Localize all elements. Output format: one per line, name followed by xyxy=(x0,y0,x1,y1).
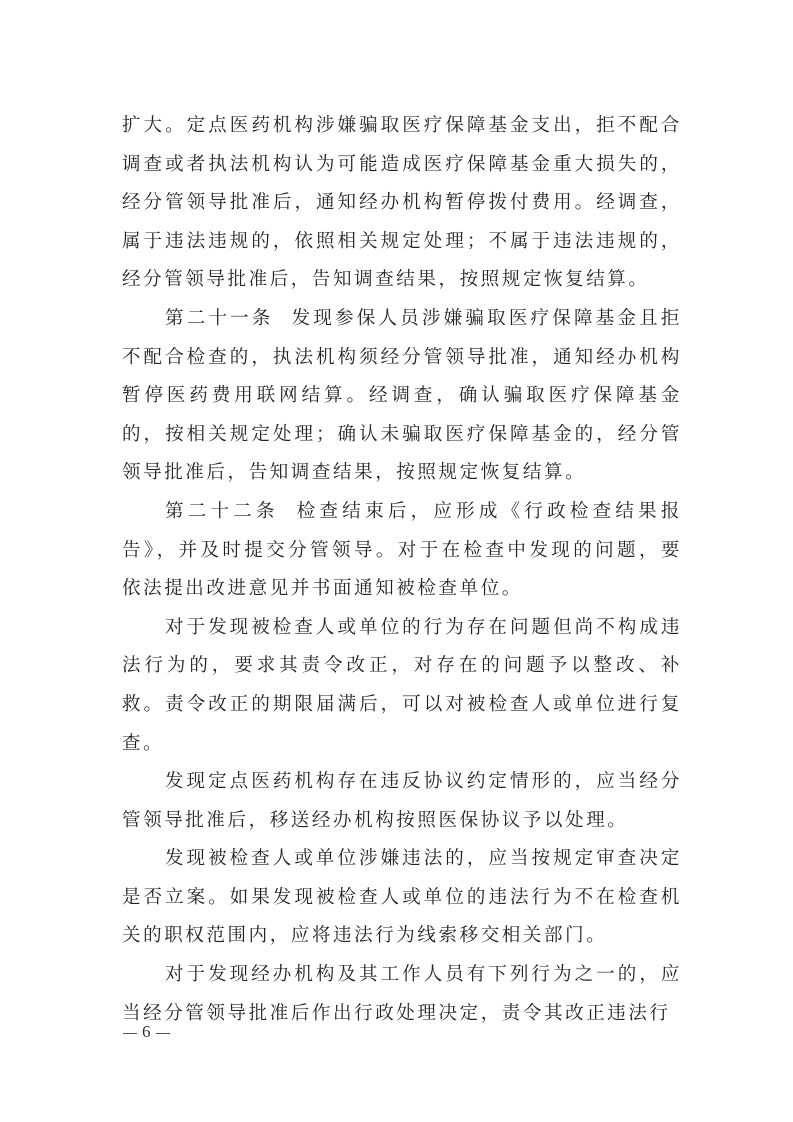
paragraph: 发现定点医药机构存在违反协议约定情形的，应当经分管领导批准后，移送经办机构按照医… xyxy=(122,763,682,840)
article-22-paragraph: 第二十二条检查结束后，应形成《行政检查结果报告》，并及时提交分管领导。对于在检查… xyxy=(122,493,682,609)
footer-dash-left xyxy=(123,1033,137,1034)
page-footer: 6 xyxy=(118,1022,175,1042)
page-number: 6 xyxy=(142,1022,151,1041)
paragraph: 对于发现经办机构及其工作人员有下列行为之一的，应当经分管领导批准后作出行政处理决… xyxy=(122,956,682,1033)
paragraph: 对于发现被检查人或单位的行为存在问题但尚不构成违法行为的，要求其责令改正，对存在… xyxy=(122,609,682,763)
paragraph-continuation: 扩大。定点医药机构涉嫌骗取医疗保障基金支出，拒不配合调查或者执法机构认为可能造成… xyxy=(122,107,682,300)
paragraph-text: 对于发现被检查人或单位的行为存在问题但尚不构成违法行为的，要求其责令改正，对存在… xyxy=(122,617,682,754)
document-body: 扩大。定点医药机构涉嫌骗取医疗保障基金支出，拒不配合调查或者执法机构认为可能造成… xyxy=(122,107,682,1033)
paragraph-text: 发现参保人员涉嫌骗取医疗保障基金且拒不配合检查的，执法机构须经分管领导批准，通知… xyxy=(122,308,682,483)
article-number: 第二十一条 xyxy=(165,308,274,329)
paragraph-text: 扩大。定点医药机构涉嫌骗取医疗保障基金支出，拒不配合调查或者执法机构认为可能造成… xyxy=(122,115,682,290)
article-21-paragraph: 第二十一条发现参保人员涉嫌骗取医疗保障基金且拒不配合检查的，执法机构须经分管领导… xyxy=(122,300,682,493)
article-number: 第二十二条 xyxy=(165,501,279,522)
paragraph: 发现被检查人或单位涉嫌违法的，应当按规定审查决定是否立案。如果发现被检查人或单位… xyxy=(122,840,682,956)
paragraph-text: 发现定点医药机构存在违反协议约定情形的，应当经分管领导批准后，移送经办机构按照医… xyxy=(122,771,682,831)
paragraph-text: 对于发现经办机构及其工作人员有下列行为之一的，应当经分管领导批准后作出行政处理决… xyxy=(122,964,682,1024)
footer-dash-right xyxy=(156,1033,170,1034)
document-page: 扩大。定点医药机构涉嫌骗取医疗保障基金支出，拒不配合调查或者执法机构认为可能造成… xyxy=(0,0,793,1122)
paragraph-text: 发现被检查人或单位涉嫌违法的，应当按规定审查决定是否立案。如果发现被检查人或单位… xyxy=(122,848,682,946)
